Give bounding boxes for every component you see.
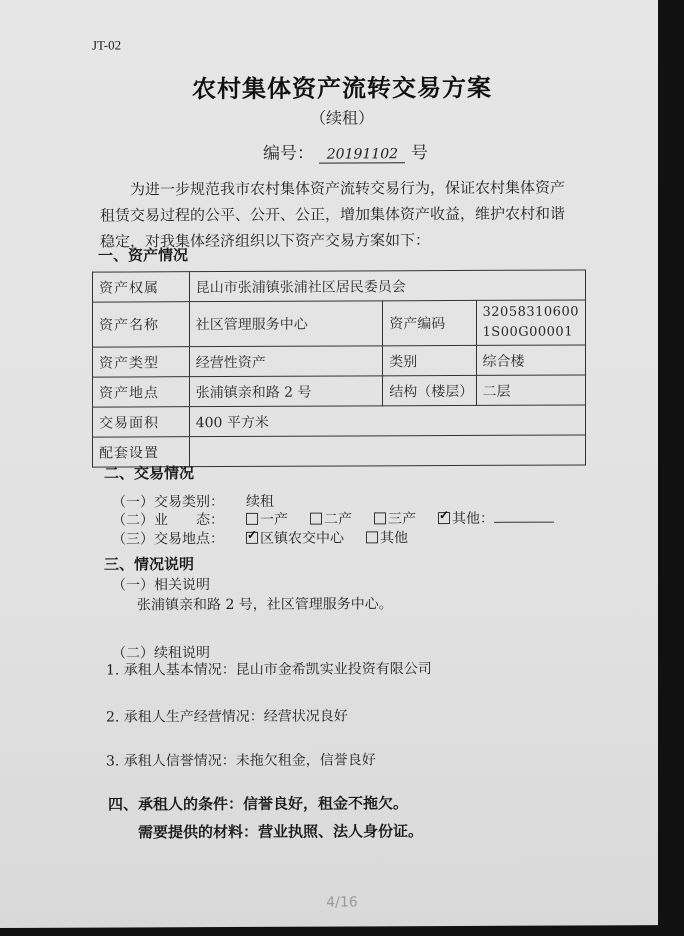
- section-heading-conditions: 四、承租人的条件：信誉良好，租金不拖欠。: [108, 792, 408, 814]
- intro-line: 为进一步规范我市农村集体资产流转交易行为，保证农村集体资产: [100, 175, 565, 203]
- asset-name-value: 社区管理服务中心: [189, 301, 383, 347]
- business-form-label: （二）业 态：: [112, 509, 246, 530]
- category-value: 综合楼: [476, 345, 585, 375]
- option-secondary-industry[interactable]: 二产: [310, 511, 352, 527]
- document-page: JT-02 农村集体资产流转交易方案 （续租） 编号： 20191102 号 为…: [0, 0, 658, 928]
- required-materials: 需要提供的材料：营业执照、法人身份证。: [138, 820, 423, 842]
- option-tertiary-industry[interactable]: 三产: [374, 511, 416, 527]
- document-code: JT-02: [92, 37, 121, 53]
- ownership-label: 资产权属: [93, 272, 190, 302]
- structure-label: 结构（楼层）: [383, 375, 476, 405]
- asset-code-value: 32058310600 1S00G00001: [476, 300, 585, 345]
- category-label: 类别: [383, 345, 476, 375]
- table-row: 资产权属 昆山市张浦镇张浦社区居民委员会: [93, 270, 586, 302]
- business-form-line: （二）业 态：一产二产三产其他：: [112, 508, 554, 530]
- checkbox-checked-icon[interactable]: [438, 512, 450, 524]
- table-row: 资产类型 经营性资产 类别 综合楼: [93, 345, 586, 377]
- asset-code-line: 1S00G00001: [483, 322, 579, 342]
- location-label: 资产地点: [93, 377, 190, 407]
- table-row: 资产名称 社区管理服务中心 资产编码 32058310600 1S00G0000…: [93, 300, 586, 347]
- asset-table: 资产权属 昆山市张浦镇张浦社区居民委员会 资产名称 社区管理服务中心 资产编码 …: [92, 269, 586, 467]
- document-subtitle: （续租）: [0, 104, 684, 130]
- serial-value: 20191102: [319, 146, 405, 163]
- related-text: 张浦镇亲和路 2 号，社区管理服务中心。: [137, 593, 393, 614]
- lessee-operations: 2. 承租人生产经营情况：经营状况良好: [106, 705, 348, 726]
- option-exchange-center[interactable]: 区镇农交中心: [246, 530, 344, 546]
- asset-type-label: 资产类型: [93, 347, 190, 377]
- structure-value: 二层: [476, 375, 585, 405]
- option-place-other[interactable]: 其他: [366, 530, 408, 546]
- location-value: 张浦镇亲和路 2 号: [189, 376, 383, 407]
- lessee-credit: 3. 承租人信誉情况：未拖欠租金，信誉良好: [106, 749, 376, 770]
- section-heading-description: 三、情况说明: [104, 553, 194, 574]
- lessee-basic-info: 1. 承租人基本情况：昆山市金希凯实业投资有限公司: [106, 658, 432, 679]
- document-title: 农村集体资产流转交易方案: [0, 67, 684, 105]
- section-heading-transaction: 二、交易情况: [104, 462, 194, 483]
- section-heading-assets: 一、资产情况: [98, 244, 188, 265]
- checkbox-unchecked-icon[interactable]: [374, 512, 386, 524]
- checkbox-unchecked-icon[interactable]: [310, 513, 322, 525]
- checkbox-unchecked-icon[interactable]: [366, 531, 378, 543]
- serial-number: 编号： 20191102 号: [263, 138, 428, 164]
- serial-label: 编号：: [263, 144, 314, 164]
- table-row: 交易面积 400 平方米: [93, 405, 586, 437]
- transaction-place-line: （三）交易地点：区镇农交中心其他: [112, 527, 408, 548]
- intro-paragraph: 为进一步规范我市农村集体资产流转交易行为，保证农村集体资产 租赁交易过程的公平、…: [100, 175, 565, 255]
- serial-suffix: 号: [411, 143, 428, 163]
- area-value: 400 平方米: [189, 405, 585, 437]
- related-heading: （一）相关说明: [112, 574, 210, 594]
- transaction-type-value: 续租: [246, 494, 274, 510]
- transaction-place-label: （三）交易地点：: [112, 528, 246, 549]
- checkbox-unchecked-icon[interactable]: [246, 513, 258, 525]
- facilities-value: [189, 435, 585, 467]
- asset-name-label: 资产名称: [93, 302, 190, 347]
- ownership-value: 昆山市张浦镇张浦社区居民委员会: [189, 270, 585, 302]
- asset-code-line: 32058310600: [483, 302, 579, 322]
- page-indicator: 4/16: [0, 893, 684, 912]
- table-row: 资产地点 张浦镇亲和路 2 号 结构（楼层） 二层: [93, 375, 586, 407]
- area-label: 交易面积: [93, 407, 190, 437]
- intro-line: 租赁交易过程的公平、公开、公正，增加集体资产收益，维护农村和谐: [100, 201, 565, 229]
- asset-code-label: 资产编码: [383, 300, 476, 345]
- option-primary-industry[interactable]: 一产: [246, 512, 288, 528]
- other-blank-line: [494, 522, 554, 523]
- asset-type-value: 经营性资产: [189, 346, 383, 377]
- option-other[interactable]: 其他：: [438, 511, 554, 528]
- checkbox-checked-icon[interactable]: [246, 532, 258, 544]
